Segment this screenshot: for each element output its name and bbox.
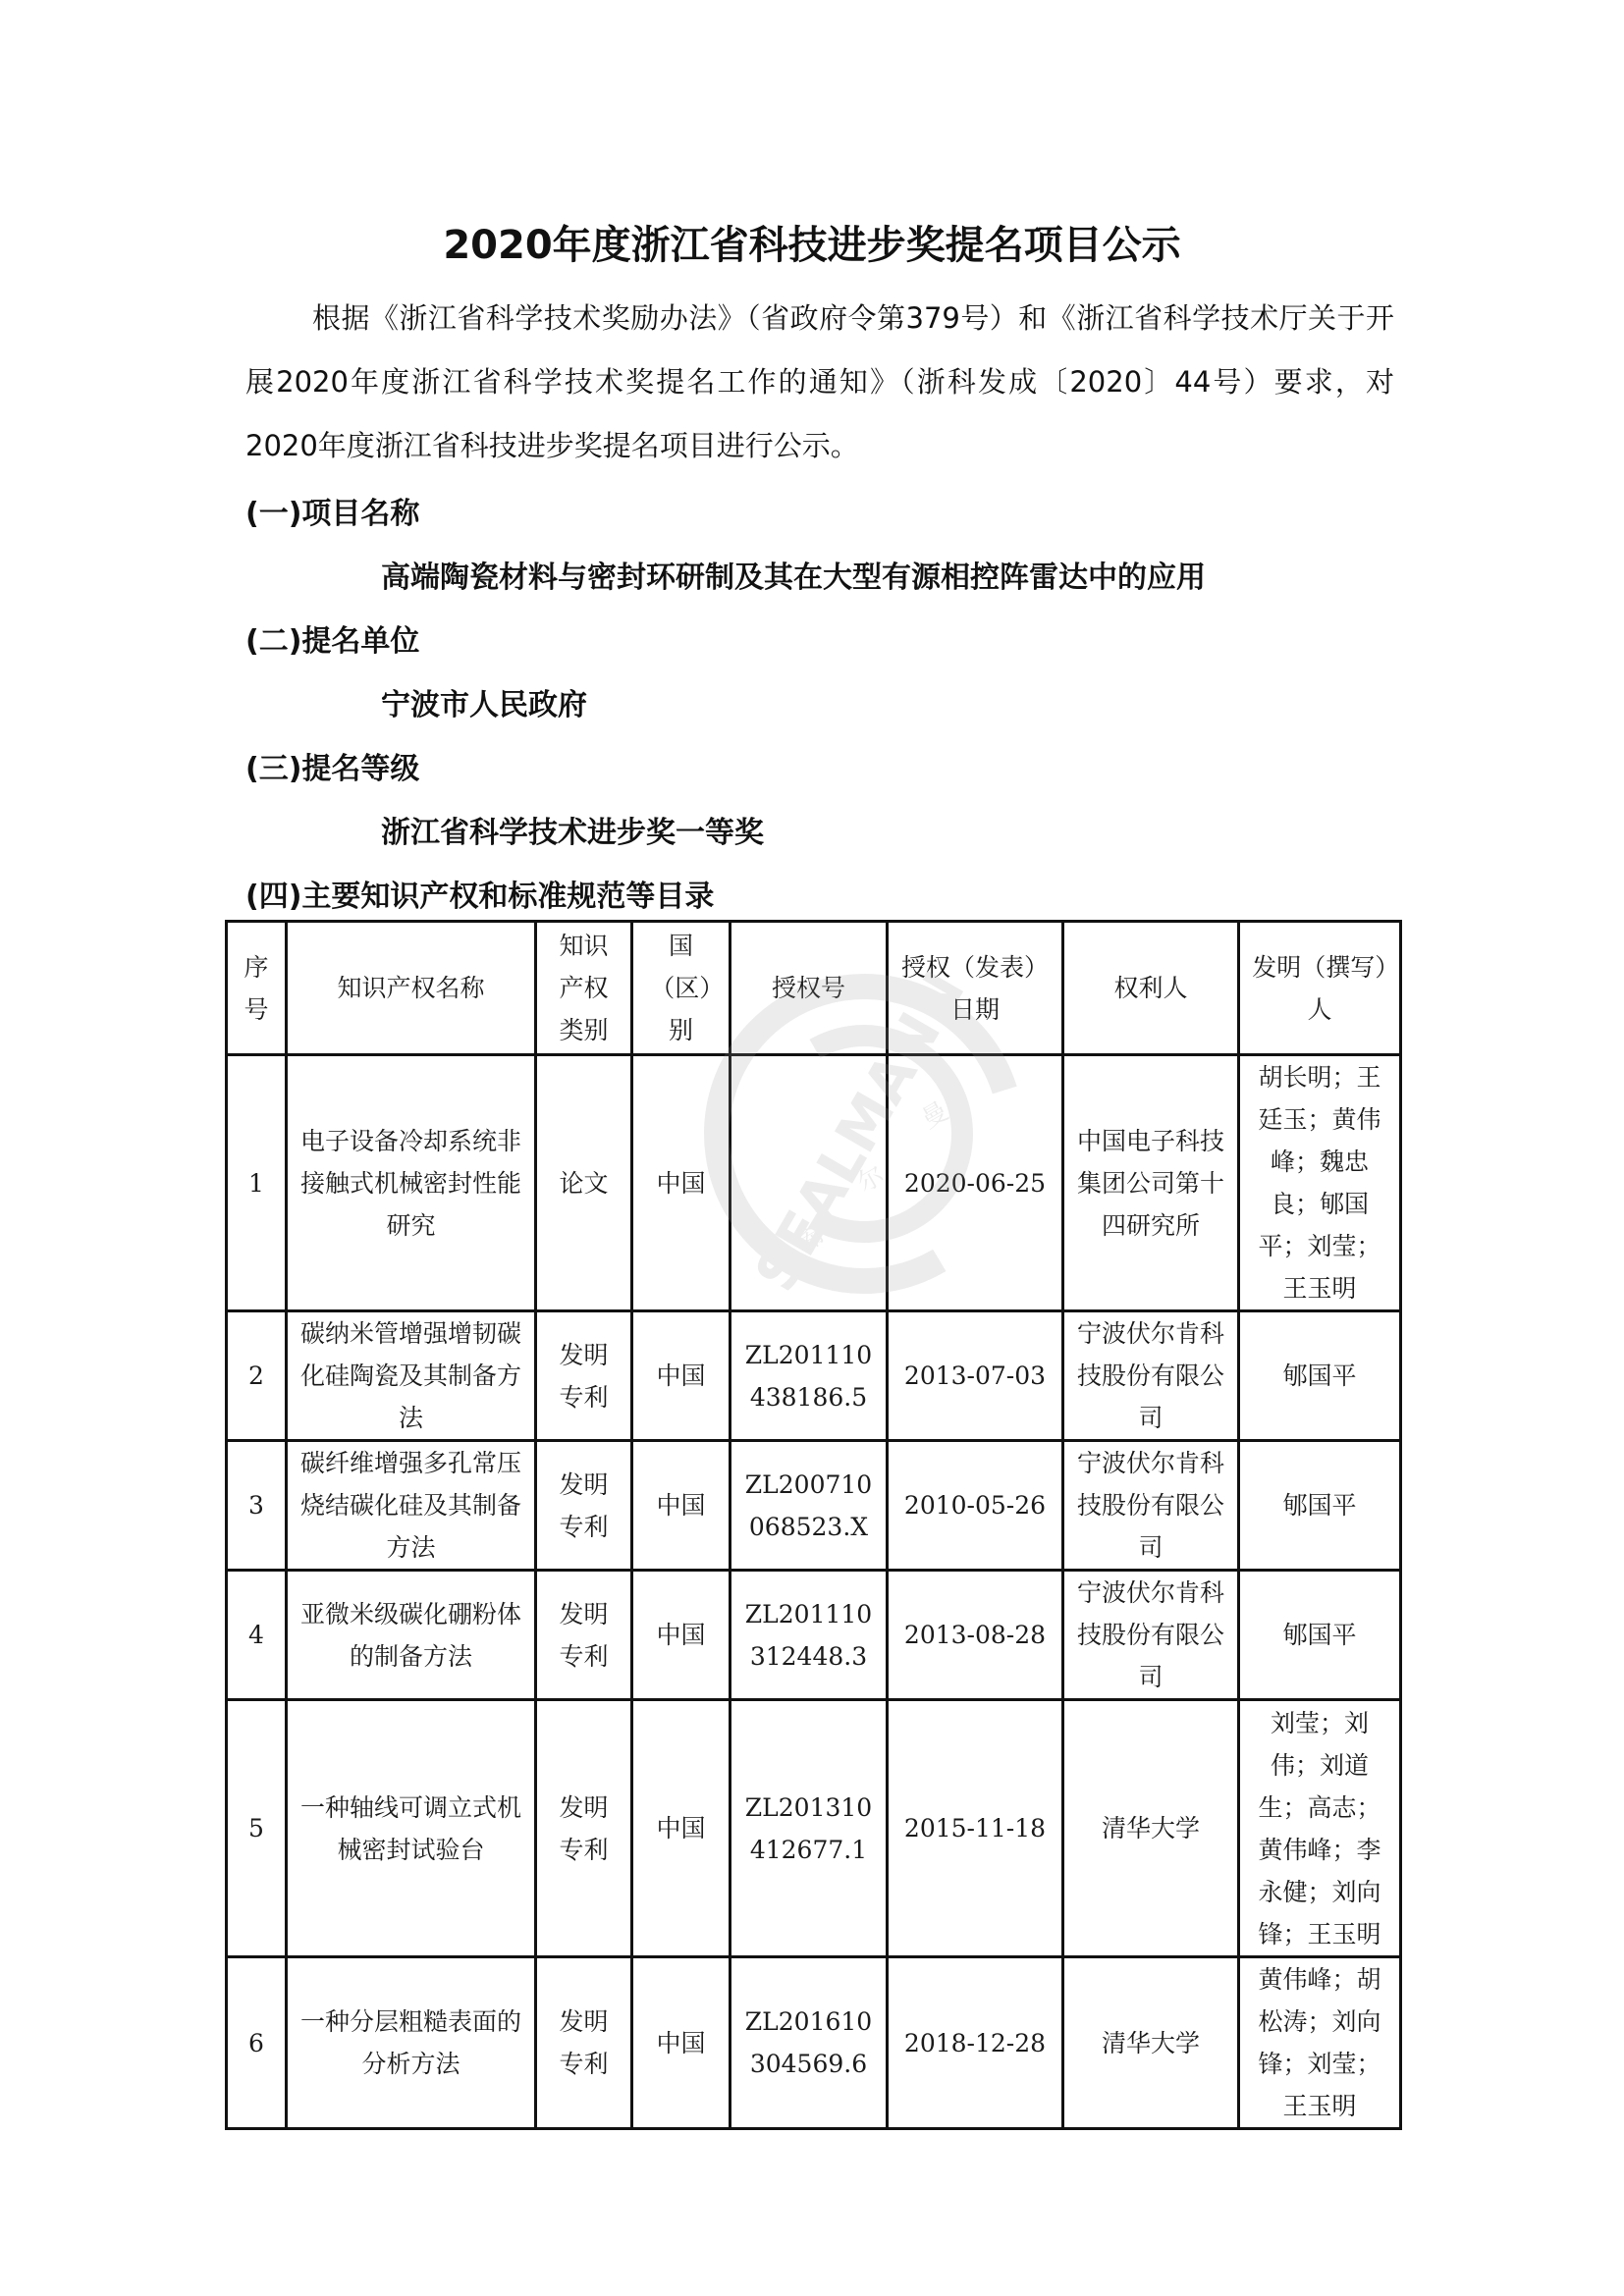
section-heading-project-name: (一)项目名称 xyxy=(245,489,419,532)
cell-ip-type: 发明专利 xyxy=(536,1311,632,1441)
table-row: 2 碳纳米管增强增韧碳化硅陶瓷及其制备方法 发明专利 中国 ZL20111043… xyxy=(227,1311,1401,1441)
cell-grant-number: ZL201110438186.5 xyxy=(731,1311,888,1441)
cell-ip-name: 电子设备冷却系统非接触式机械密封性能研究 xyxy=(287,1055,536,1311)
cell-grant-date: 2013-07-03 xyxy=(888,1311,1063,1441)
cell-ip-type: 发明专利 xyxy=(536,1571,632,1700)
cell-inventors: 郇国平 xyxy=(1239,1571,1401,1700)
cell-grant-date: 2015-11-18 xyxy=(888,1700,1063,1957)
cell-ip-name: 一种轴线可调立式机械密封试验台 xyxy=(287,1700,536,1957)
header-country: 国（区）别 xyxy=(632,922,731,1055)
cell-ip-type: 发明专利 xyxy=(536,1700,632,1957)
table-row: 4 亚微米级碳化硼粉体的制备方法 发明专利 中国 ZL201110312448.… xyxy=(227,1571,1401,1700)
cell-grant-date: 2020-06-25 xyxy=(888,1055,1063,1311)
cell-country: 中国 xyxy=(632,1441,731,1571)
cell-country: 中国 xyxy=(632,1957,731,2129)
ip-table: 序号 知识产权名称 知识产权类别 国（区）别 授权号 授权（发表）日期 权利人 … xyxy=(225,920,1402,2130)
header-no: 序号 xyxy=(227,922,287,1055)
cell-inventors: 郇国平 xyxy=(1239,1311,1401,1441)
table-row: 5 一种轴线可调立式机械密封试验台 发明专利 中国 ZL201310412677… xyxy=(227,1700,1401,1957)
table-header-row: 序号 知识产权名称 知识产权类别 国（区）别 授权号 授权（发表）日期 权利人 … xyxy=(227,922,1401,1055)
cell-country: 中国 xyxy=(632,1311,731,1441)
header-ip-type: 知识产权类别 xyxy=(536,922,632,1055)
award-level-value: 浙江省科学技术进步奖一等奖 xyxy=(381,808,764,851)
cell-ip-type: 发明专利 xyxy=(536,1441,632,1571)
cell-grant-date: 2018-12-28 xyxy=(888,1957,1063,2129)
cell-no: 1 xyxy=(227,1055,287,1311)
section-heading-nominator: (二)提名单位 xyxy=(245,616,419,660)
table-row: 1 电子设备冷却系统非接触式机械密封性能研究 论文 中国 2020-06-25 … xyxy=(227,1055,1401,1311)
cell-ip-name: 碳纳米管增强增韧碳化硅陶瓷及其制备方法 xyxy=(287,1311,536,1441)
header-grant-date: 授权（发表）日期 xyxy=(888,922,1063,1055)
cell-ip-name: 碳纤维增强多孔常压烧结碳化硅及其制备方法 xyxy=(287,1441,536,1571)
nominator-value: 宁波市人民政府 xyxy=(381,680,587,723)
page-title: 2020年度浙江省科技进步奖提名项目公示 xyxy=(0,214,1624,270)
cell-no: 5 xyxy=(227,1700,287,1957)
cell-ip-name: 亚微米级碳化硼粉体的制备方法 xyxy=(287,1571,536,1700)
cell-grant-number: ZL201110312448.3 xyxy=(731,1571,888,1700)
cell-inventors: 刘莹；刘伟；刘道生；高志；黄伟峰；李永健；刘向锋；王玉明 xyxy=(1239,1700,1401,1957)
cell-owner: 清华大学 xyxy=(1063,1700,1239,1957)
header-owner: 权利人 xyxy=(1063,922,1239,1055)
header-grant-number: 授权号 xyxy=(731,922,888,1055)
header-inventors: 发明（撰写）人 xyxy=(1239,922,1401,1055)
cell-inventors: 郇国平 xyxy=(1239,1441,1401,1571)
cell-owner: 宁波伏尔肯科技股份有限公司 xyxy=(1063,1441,1239,1571)
section-heading-ip-catalog: (四)主要知识产权和标准规范等目录 xyxy=(245,872,714,915)
cell-no: 6 xyxy=(227,1957,287,2129)
cell-country: 中国 xyxy=(632,1700,731,1957)
section-heading-award-level: (三)提名等级 xyxy=(245,744,419,787)
cell-no: 3 xyxy=(227,1441,287,1571)
cell-ip-type: 发明专利 xyxy=(536,1957,632,2129)
table-row: 3 碳纤维增强多孔常压烧结碳化硅及其制备方法 发明专利 中国 ZL2007100… xyxy=(227,1441,1401,1571)
intro-paragraph: 根据《浙江省科学技术奖励办法》（省政府令第379号）和《浙江省科学技术厅关于开展… xyxy=(245,287,1394,478)
cell-grant-number xyxy=(731,1055,888,1311)
cell-owner: 清华大学 xyxy=(1063,1957,1239,2129)
project-name-value: 高端陶瓷材料与密封环研制及其在大型有源相控阵雷达中的应用 xyxy=(381,553,1206,596)
cell-grant-number: ZL200710068523.X xyxy=(731,1441,888,1571)
cell-inventors: 黄伟峰；胡松涛；刘向锋；刘莹；王玉明 xyxy=(1239,1957,1401,2129)
cell-no: 4 xyxy=(227,1571,287,1700)
cell-inventors: 胡长明；王廷玉；黄伟峰；魏忠良；郇国平；刘莹；王玉明 xyxy=(1239,1055,1401,1311)
cell-owner: 中国电子科技集团公司第十四研究所 xyxy=(1063,1055,1239,1311)
cell-ip-type: 论文 xyxy=(536,1055,632,1311)
cell-owner: 宁波伏尔肯科技股份有限公司 xyxy=(1063,1311,1239,1441)
cell-owner: 宁波伏尔肯科技股份有限公司 xyxy=(1063,1571,1239,1700)
cell-ip-name: 一种分层粗糙表面的分析方法 xyxy=(287,1957,536,2129)
cell-grant-date: 2013-08-28 xyxy=(888,1571,1063,1700)
cell-country: 中国 xyxy=(632,1055,731,1311)
cell-country: 中国 xyxy=(632,1571,731,1700)
cell-grant-date: 2010-05-26 xyxy=(888,1441,1063,1571)
cell-grant-number: ZL201310412677.1 xyxy=(731,1700,888,1957)
header-ip-name: 知识产权名称 xyxy=(287,922,536,1055)
table-row: 6 一种分层粗糙表面的分析方法 发明专利 中国 ZL201610304569.6… xyxy=(227,1957,1401,2129)
cell-grant-number: ZL201610304569.6 xyxy=(731,1957,888,2129)
cell-no: 2 xyxy=(227,1311,287,1441)
